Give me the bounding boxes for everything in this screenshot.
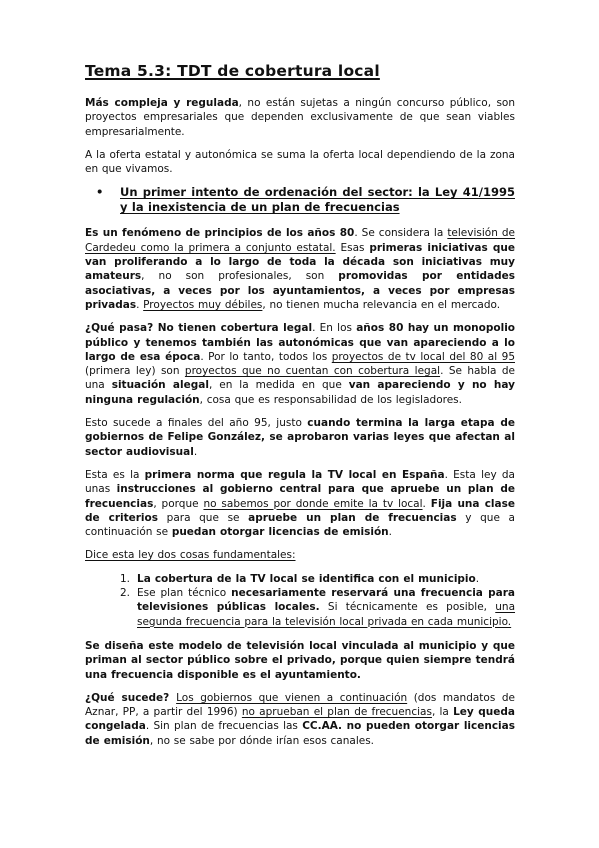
paragraph: Esto sucede a finales del año 95, justo …: [85, 416, 515, 459]
list-item-number: 1.: [120, 572, 137, 586]
section-heading: •Un primer intento de ordenación del sec…: [96, 185, 515, 215]
paragraph: Esta es la primera norma que regula la T…: [85, 468, 515, 539]
paragraph: Se diseña este modelo de televisión loca…: [85, 639, 515, 682]
list-item: 1.La cobertura de la TV local se identif…: [120, 572, 515, 586]
text-run: situación alegal: [112, 379, 209, 391]
document-page: Tema 5.3: TDT de cobertura localMás comp…: [0, 0, 599, 848]
text-run: .: [194, 446, 197, 458]
paragraph: Dice esta ley dos cosas fundamentales:: [85, 548, 515, 562]
text-run: . Se considera la: [354, 227, 447, 239]
text-run: . Por lo tanto, todos los: [200, 351, 331, 363]
paragraph: ¿Qué sucede? Los gobiernos que vienen a …: [85, 691, 515, 748]
text-run: Esta es la: [85, 469, 145, 481]
text-run: La cobertura de la TV local se identific…: [137, 573, 476, 585]
text-run: ¿Qué sucede?: [85, 692, 176, 704]
text-run: Esto sucede a finales del año 95, justo: [85, 417, 307, 429]
text-run: A la oferta estatal y autonómica se suma…: [85, 149, 515, 175]
text-run: , no tienen mucha relevancia en el merca…: [262, 299, 500, 311]
text-run: (primera ley) son: [85, 365, 185, 377]
paragraph: Es un fenómeno de principios de los años…: [85, 226, 515, 312]
bullet-icon: •: [96, 185, 120, 215]
paragraph: ¿Qué pasa? No tienen cobertura legal. En…: [85, 321, 515, 407]
text-run: no sabemos por donde emite la tv local: [203, 498, 422, 510]
text-run: Los gobiernos que vienen a continuación: [176, 692, 407, 704]
text-run: .: [389, 526, 392, 538]
page-title: Tema 5.3: TDT de cobertura local: [85, 62, 515, 80]
text-run: ¿Qué pasa? No tienen cobertura legal: [85, 322, 312, 334]
text-run: . En los: [312, 322, 356, 334]
text-run: .: [423, 498, 431, 510]
text-run: , cosa que es responsabilidad de los leg…: [200, 394, 462, 406]
text-run: Un primer intento de ordenación del sect…: [120, 185, 515, 214]
text-run: proyectos de tv local del 80 al 95: [332, 351, 515, 363]
document-content: Tema 5.3: TDT de cobertura localMás comp…: [85, 62, 515, 748]
text-run: , no se sabe por dónde irían esos canale…: [150, 735, 374, 747]
text-run: Se diseña este modelo de televisión loca…: [85, 640, 515, 681]
section-heading-text: Un primer intento de ordenación del sect…: [120, 185, 515, 215]
text-run: , porque: [153, 498, 203, 510]
list-item-text: La cobertura de la TV local se identific…: [137, 572, 515, 586]
text-run: Dice esta ley dos cosas fundamentales:: [85, 549, 296, 561]
text-run: apruebe un plan de frecuencias: [248, 512, 456, 524]
text-run: no aprueban el plan de frecuencias: [242, 706, 432, 718]
text-run: para que se: [158, 512, 248, 524]
paragraph: Más compleja y regulada, no están sujeta…: [85, 96, 515, 139]
text-run: .: [476, 573, 479, 585]
text-run: primera norma que regula la TV local en …: [145, 469, 445, 481]
text-run: Más compleja y regulada: [85, 97, 239, 109]
list-item-number: 2.: [120, 586, 137, 629]
numbered-list: 1.La cobertura de la TV local se identif…: [120, 572, 515, 629]
list-item-text: Ese plan técnico necesariamente reservar…: [137, 586, 515, 629]
list-item: 2.Ese plan técnico necesariamente reserv…: [120, 586, 515, 629]
text-run: , no son profesionales, son: [141, 270, 338, 282]
text-run: Tema 5.3: TDT de cobertura local: [85, 62, 380, 80]
text-run: puedan otorgar licencias de emisión: [172, 526, 389, 538]
text-run: Si técnicamente es posible,: [320, 601, 496, 613]
text-run: , en la medida en que: [209, 379, 349, 391]
paragraph: A la oferta estatal y autonómica se suma…: [85, 148, 515, 177]
text-run: Es un fenómeno de principios de los años…: [85, 227, 354, 239]
text-run: , la: [432, 706, 453, 718]
text-run: . Sin plan de frecuencias las: [146, 720, 302, 732]
text-run: Ese plan técnico: [137, 587, 231, 599]
text-run: Proyectos muy débiles: [143, 299, 262, 311]
text-run: proyectos que no cuentan con cobertura l…: [185, 365, 440, 377]
text-run: Esas: [336, 242, 370, 254]
